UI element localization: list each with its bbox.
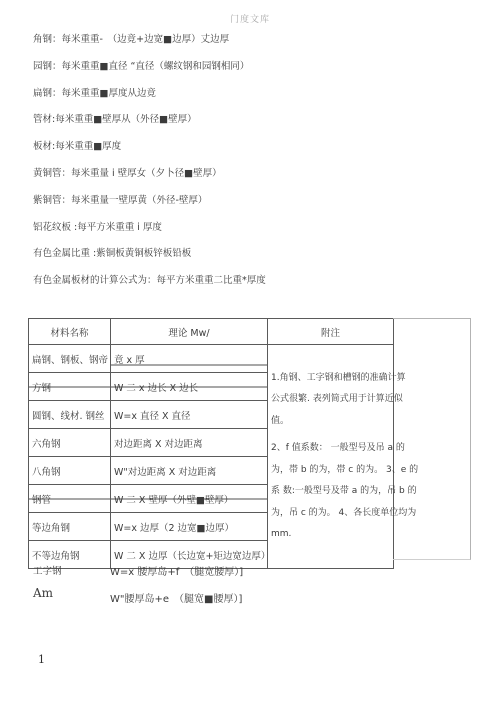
- intro-line-pipe: 管材:每米重重■壁厚从（外径■壁厚）: [33, 114, 480, 141]
- material-cell: 等边角钢: [29, 513, 111, 541]
- note-line: 为，帯 b 的为，帯 c 的为。 3、e 的: [271, 460, 393, 482]
- intro-line-density: 有色金属比重 :紫铜板黄铜板锌板铅板: [33, 248, 480, 275]
- note-line: mm.: [271, 524, 393, 546]
- intro-line-flat-steel: 扁钢：每米重重■厚度从边竟: [33, 88, 480, 115]
- ibeam-row: 工字钢 W=x 腰厚岛+f （腿宽腰厚）]: [33, 563, 62, 577]
- note-line: 1.角钢、工字钢和槽钢的准确计算: [271, 368, 393, 390]
- formula-cell: W 二 x 边长 X 边长: [111, 373, 268, 401]
- notes-cell: 1.角钢、工字钢和槽钢的准确计算 公式很繁. 表列简式用于计算近似 值。 2、f…: [268, 345, 394, 569]
- am-row: Am W"腰厚岛+e （腿宽■腰厚）]: [33, 586, 53, 600]
- material-cell: 六角钢: [29, 429, 111, 457]
- ibeam-label: 工字钢: [33, 566, 62, 577]
- intro-line-brass-pipe: 黄铜管：每米重量 i 壁厚女（夕卜径■壁厚）: [33, 168, 480, 195]
- formula-cell: W"对边距离 X 对边距离: [111, 457, 268, 485]
- formula-cell: 对边距离 X 对边距离: [111, 429, 268, 457]
- intro-formulas: 角钢：每米重重- （边竟+边宽■边厚）丈边厚 园钢：每米重重■直径 “直径（螺纹…: [33, 34, 480, 302]
- formula-cell: W=x 边厚（2 边宽■边厚）: [111, 513, 268, 541]
- formula-cell: 竟 x 厚: [111, 345, 268, 373]
- ibeam-formula: W=x 腰厚岛+f （腿宽腰厚）]: [110, 563, 243, 578]
- material-cell: 扁钢、钢板、钢帝: [29, 345, 111, 373]
- header-theory: 理论 Mw/: [111, 319, 268, 345]
- formula-cell: W=x 直径 X 直径: [111, 401, 268, 429]
- table-row: 扁钢、钢板、钢帝 竟 x 厚 1.角钢、工字钢和槽钢的准确计算 公式很繁. 表列…: [29, 345, 394, 373]
- material-cell: 方钢: [29, 373, 111, 401]
- note-line: 2、f 值系数： 一般型号及吊 a 的: [271, 438, 393, 460]
- header-notes: 附注: [268, 319, 394, 345]
- watermark-title: 门度文库: [230, 12, 270, 25]
- note-line: 公式很繁. 表列简式用于计算近似: [271, 389, 393, 411]
- intro-line-angle-steel: 角钢：每米重重- （边竟+边宽■边厚）丈边厚: [33, 34, 480, 61]
- material-cell: 八角钢: [29, 457, 111, 485]
- intro-line-plate: 板材:每米重重■厚度: [33, 141, 480, 168]
- table-ghost-column-artifact: [393, 318, 471, 560]
- table-header-row: 材料名称 理论 Mw/ 附注: [29, 319, 394, 345]
- am-label: Am: [33, 586, 53, 600]
- am-formula: W"腰厚岛+e （腿宽■腰厚）]: [110, 590, 242, 605]
- header-material-name: 材料名称: [29, 319, 111, 345]
- material-cell: 钢管: [29, 485, 111, 513]
- intro-line-alu-plate: 铝花纹板 :每平方米重重 i 厚度: [33, 222, 480, 249]
- note-line: 值。: [271, 411, 393, 433]
- intro-line-round-steel: 园钢：每米重重■直径 “直径（螺纹钢和园钢相同）: [33, 61, 480, 88]
- document-page: 门度文库 角钢：每米重重- （边竟+边宽■边厚）丈边厚 园钢：每米重重■直径 “…: [0, 0, 500, 707]
- steel-weight-table: 材料名称 理论 Mw/ 附注 扁钢、钢板、钢帝 竟 x 厚 1.角钢、工字钢和槽…: [28, 318, 394, 569]
- material-cell: 圆钢、线材. 钢丝: [29, 401, 111, 429]
- intro-line-sheet-formula: 有色金属板材的计算公式为：每平方米重重二比重*厚度: [33, 275, 480, 302]
- formula-cell: W 二 X 壁厚（外壁■壁厚）: [111, 485, 268, 513]
- page-number: 1: [38, 653, 45, 666]
- note-line: 系 数:一般型号及带 a 的为，吊 b 的: [271, 481, 393, 503]
- note-line: 为，吊 c 的为。 4、各长度单位均为: [271, 503, 393, 525]
- intro-line-copper-pipe: 紫铜管：每米重量一壁厚黄（外径-壁厚）: [33, 195, 480, 222]
